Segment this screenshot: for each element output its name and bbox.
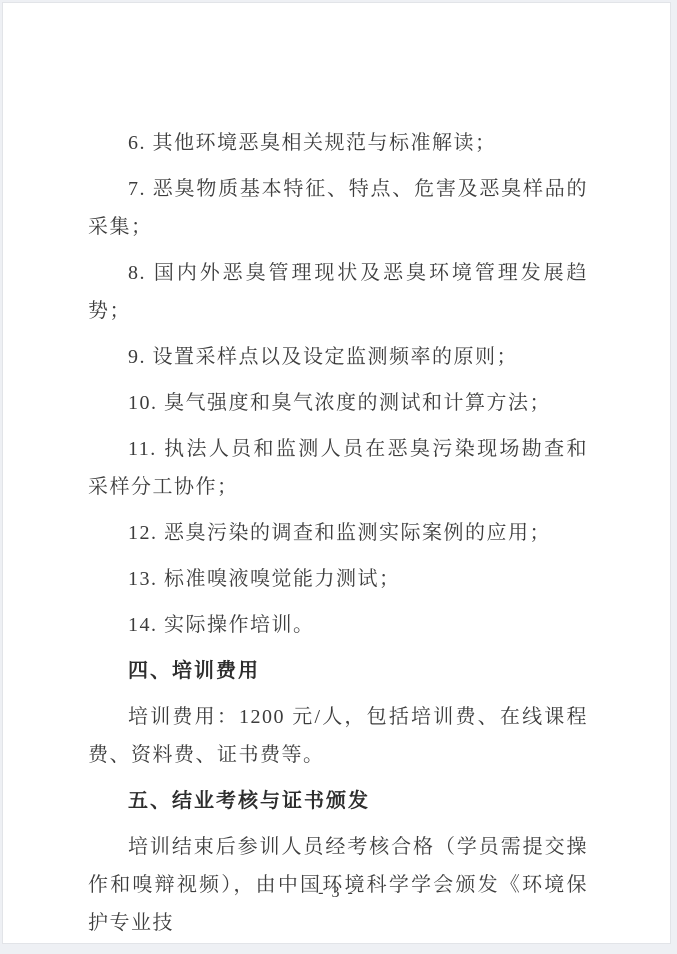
list-item: 13. 标准嗅液嗅觉能力测试； xyxy=(88,560,588,598)
list-item: 14. 实际操作培训。 xyxy=(88,606,588,644)
list-item: 6. 其他环境恶臭相关规范与标准解读； xyxy=(88,124,588,162)
section-paragraph-training-fee: 培训费用：1200 元/人，包括培训费、在线课程费、资料费、证书费等。 xyxy=(88,698,588,774)
list-item: 12. 恶臭污染的调查和监测实际案例的应用； xyxy=(88,514,588,552)
page-content: 6. 其他环境恶臭相关规范与标准解读； 7. 恶臭物质基本特征、特点、危害及恶臭… xyxy=(3,3,670,942)
list-item: 11. 执法人员和监测人员在恶臭污染现场勘查和采样分工协作； xyxy=(88,430,588,506)
document-page: 6. 其他环境恶臭相关规范与标准解读； 7. 恶臭物质基本特征、特点、危害及恶臭… xyxy=(2,2,671,944)
list-item: 7. 恶臭物质基本特征、特点、危害及恶臭样品的采集； xyxy=(88,170,588,246)
section-heading-assessment-certificate: 五、结业考核与证书颁发 xyxy=(88,782,588,820)
list-item: 9. 设置采样点以及设定监测频率的原则； xyxy=(88,338,588,376)
page-number: - 3 - xyxy=(3,884,670,902)
section-heading-training-fee: 四、培训费用 xyxy=(88,652,588,690)
list-item: 10. 臭气强度和臭气浓度的测试和计算方法； xyxy=(88,384,588,422)
list-item: 8. 国内外恶臭管理现状及恶臭环境管理发展趋势； xyxy=(88,254,588,330)
